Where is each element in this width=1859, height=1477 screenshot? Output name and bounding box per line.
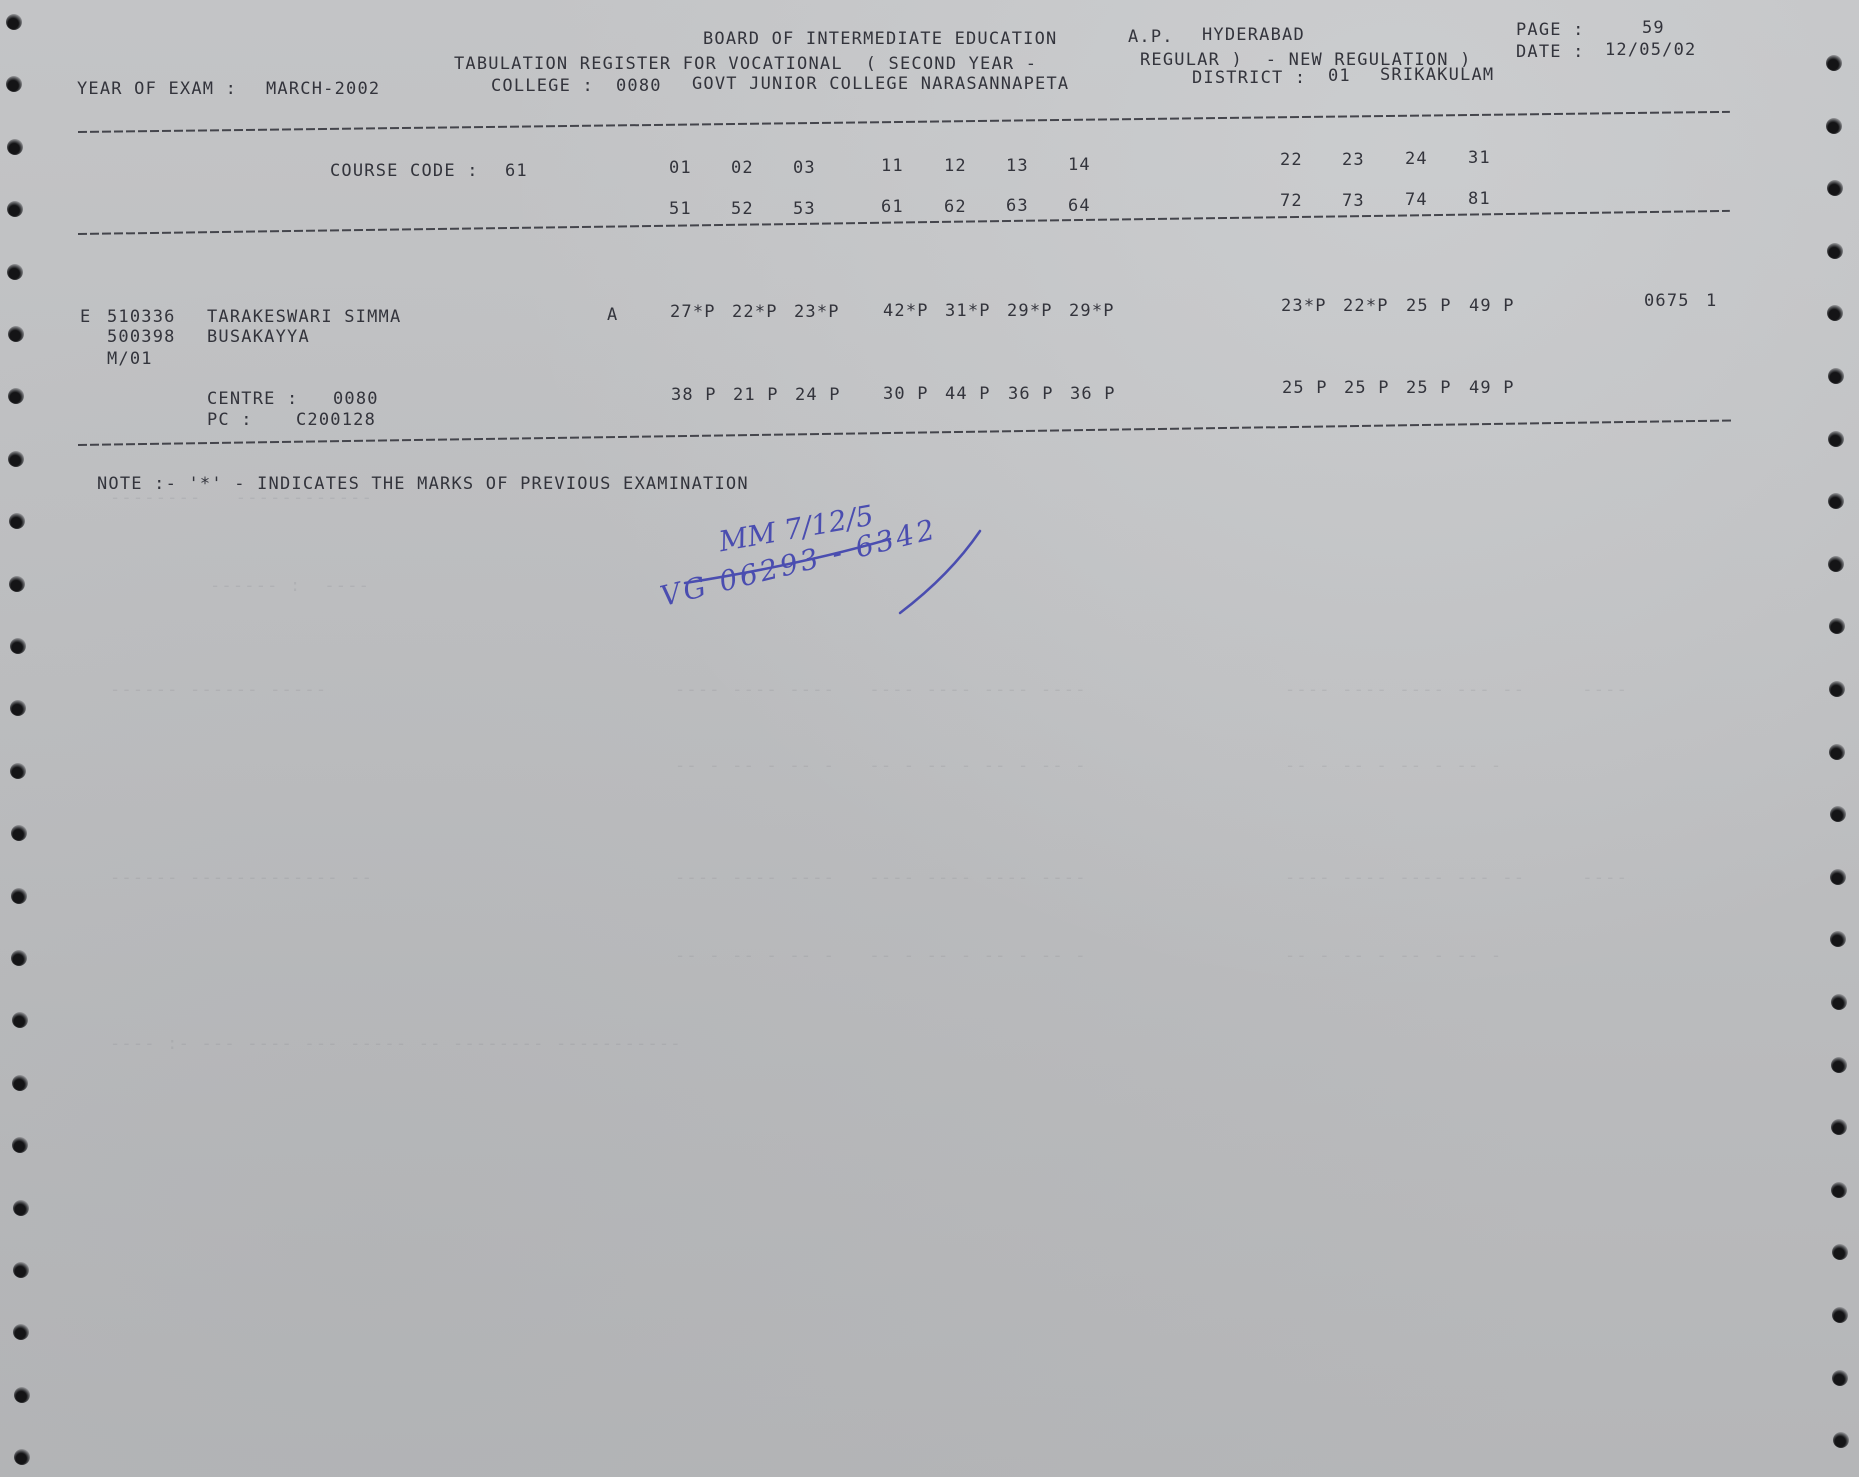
feed-hole-icon [1828,368,1844,384]
mark-cell: 49 P [1469,296,1515,316]
feed-hole-icon [10,700,26,716]
feed-hole-icon [1828,431,1844,447]
mark-cell: 24 P [795,385,841,405]
feed-hole-icon [1832,1244,1848,1260]
subject-code: 13 [1006,156,1029,176]
mark-cell: 31*P [945,301,991,321]
city-label: HYDERABAD [1202,25,1305,45]
mark-cell: 25 P [1344,378,1390,398]
feed-hole-icon [7,201,23,217]
mark-cell: 25 P [1406,378,1452,398]
feed-hole-icon [1828,556,1844,572]
record-prefix: E [80,307,91,327]
subject-code: 22 [1280,150,1303,170]
feed-hole-icon [14,1387,30,1403]
feed-hole-icon [7,139,23,155]
feed-hole-icon [8,388,24,404]
feed-hole-icon [1832,1370,1848,1386]
centre-label: CENTRE : [207,389,298,409]
feed-hole-icon [13,1324,29,1340]
district-code: 01 [1328,66,1351,86]
feed-hole-icon [1833,1432,1849,1448]
feed-hole-icon [10,638,26,654]
feed-hole-icon [13,1262,29,1278]
hall-ticket-number: 510336 [107,307,176,327]
subject-code: 73 [1342,191,1365,211]
subject-code: 23 [1342,150,1365,170]
feed-hole-icon [10,763,26,779]
mark-cell: 22*P [732,302,778,322]
board-title: BOARD OF INTERMEDIATE EDUCATION [703,29,1057,49]
feed-hole-icon [13,1200,29,1216]
page-label: PAGE : [1516,20,1585,40]
feed-hole-icon [11,888,27,904]
centre-code: 0080 [333,389,379,409]
mark-cell: 42*P [883,301,929,321]
year-of-exam-label: YEAR OF EXAM : [77,79,237,99]
feed-hole-icon [6,14,22,30]
mark-cell: 23*P [794,302,840,322]
feed-hole-icon [1826,55,1842,71]
feed-hole-icon [1832,1307,1848,1323]
subject-code: 12 [944,156,967,176]
separator-line-top [78,111,1730,133]
student-name: TARAKESWARI SIMMA [207,307,401,327]
subject-code: 74 [1405,190,1428,210]
subject-code: 64 [1068,196,1091,216]
mark-cell: 23*P [1281,296,1327,316]
district-name: SRIKAKULAM [1380,65,1494,85]
subject-code: 72 [1280,191,1303,211]
course-code-label: COURSE CODE : [330,161,479,181]
total-marks: 0675 [1644,291,1690,311]
feed-hole-icon [11,825,27,841]
feed-hole-icon [9,576,25,592]
feed-hole-icon [1831,994,1847,1010]
year-of-exam-value: MARCH-2002 [266,79,380,99]
feed-hole-icon [1829,681,1845,697]
father-name: BUSAKAYYA [207,327,310,347]
feed-hole-icon [1829,618,1845,634]
feed-hole-icon [1830,931,1846,947]
college-label: COLLEGE : [491,76,594,96]
mark-cell: 25 P [1406,296,1452,316]
gender-medium: M/01 [107,349,153,369]
subject-code: 51 [669,199,692,219]
subject-code: 62 [944,197,967,217]
registration-number: 500398 [107,327,176,347]
feed-hole-icon [11,950,27,966]
feed-hole-icon [12,1012,28,1028]
register-title: TABULATION REGISTER FOR VOCATIONAL ( SEC… [454,54,1037,74]
feed-hole-icon [1828,493,1844,509]
mark-cell: 30 P [883,384,929,404]
course-code-value: 61 [505,161,528,181]
feed-hole-icon [12,1137,28,1153]
mark-cell: 36 P [1070,384,1116,404]
mark-cell: 22*P [1343,296,1389,316]
feed-hole-icon [8,326,24,342]
pc-code: C200128 [296,410,376,430]
subject-code: 14 [1068,155,1091,175]
feed-hole-icon [1830,806,1846,822]
page-number: 59 [1642,18,1665,38]
footnote: NOTE :- '*' - INDICATES THE MARKS OF PRE… [97,474,749,494]
subject-code: 24 [1405,149,1428,169]
feed-hole-icon [1827,243,1843,259]
mark-cell: 49 P [1469,378,1515,398]
mark-cell: 27*P [670,302,716,322]
feed-hole-icon [1827,305,1843,321]
feed-hole-icon [1826,118,1842,134]
date-label: DATE : [1516,42,1585,62]
feed-hole-icon [6,76,22,92]
subject-code: 61 [881,197,904,217]
subject-code: 63 [1006,196,1029,216]
feed-hole-icon [1829,744,1845,760]
mark-cell: 36 P [1008,384,1054,404]
subject-code: 02 [731,158,754,178]
feed-hole-icon [9,513,25,529]
date-value: 12/05/02 [1605,40,1696,60]
college-code: 0080 [616,76,662,96]
subject-code: 11 [881,156,904,176]
feed-hole-icon [1831,1119,1847,1135]
mark-cell: 25 P [1282,378,1328,398]
subject-code: 53 [793,199,816,219]
feed-hole-icon [14,1449,30,1465]
feed-hole-icon [1830,869,1846,885]
college-name: GOVT JUNIOR COLLEGE NARASANNAPETA [692,74,1069,94]
feed-hole-icon [7,264,23,280]
mark-cell: 29*P [1007,301,1053,321]
category: A [607,305,618,325]
pc-label: PC : [207,410,253,430]
subject-code: 03 [793,158,816,178]
subject-code: 52 [731,199,754,219]
feed-hole-icon [1831,1057,1847,1073]
mark-cell: 29*P [1069,301,1115,321]
feed-hole-icon [1831,1182,1847,1198]
mark-cell: 21 P [733,385,779,405]
result-class: 1 [1706,291,1717,311]
feed-hole-icon [12,1075,28,1091]
mark-cell: 38 P [671,385,717,405]
subject-code: 01 [669,158,692,178]
subject-code: 31 [1468,148,1491,168]
subject-code: 81 [1468,189,1491,209]
state-label: A.P. [1128,27,1174,47]
mark-cell: 44 P [945,384,991,404]
separator-line-header [78,210,1730,235]
feed-hole-icon [8,451,24,467]
tabulation-register-sheet: -------- ------------ ------ : ---- ----… [0,0,1859,1477]
district-label: DISTRICT : [1192,68,1306,88]
feed-hole-icon [1827,180,1843,196]
